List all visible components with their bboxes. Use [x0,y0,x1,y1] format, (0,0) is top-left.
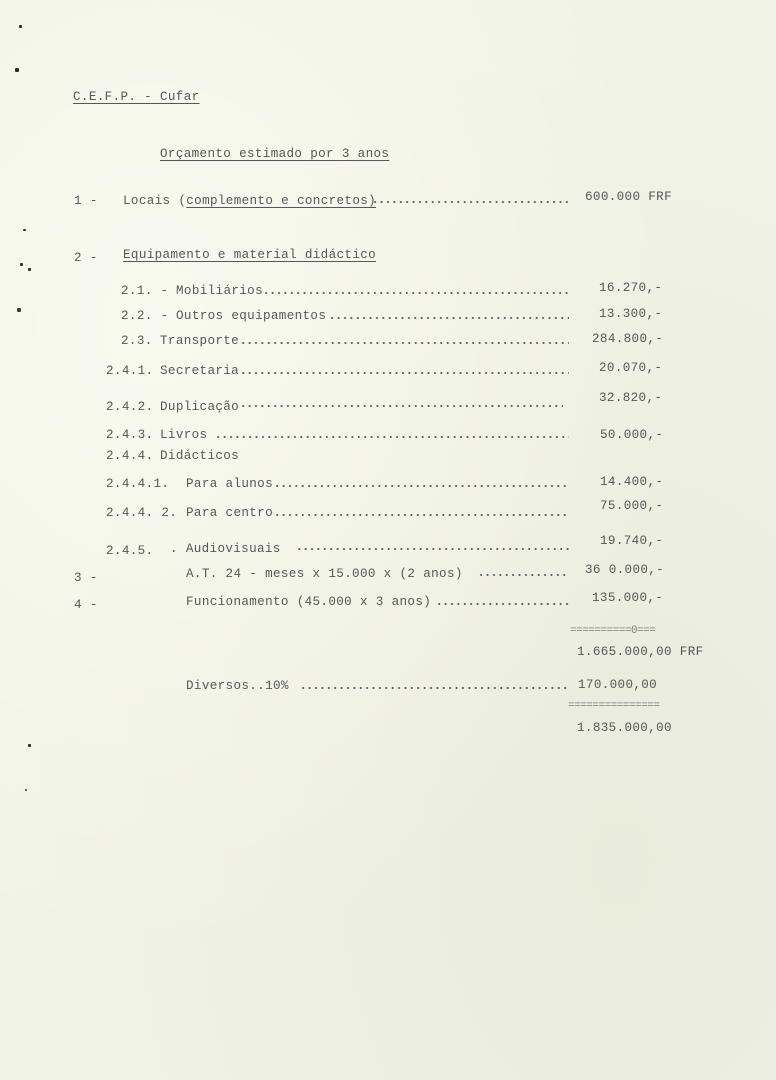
separator-line: =============== [568,701,660,711]
item-label: Funcionamento (45.000 x 3 anos) [186,594,431,610]
dot-leader [329,317,569,319]
document-page: C.E.F.P. - Cufar Orçamento estimado por … [0,0,776,1080]
item-number: 2.4.1. [106,363,153,379]
item-amount: 20.070,- [599,360,662,376]
item-amount: 600.000 FRF [585,189,672,205]
item-number: 2.4.4.1. [106,476,169,492]
dot-leader [240,372,569,374]
item-amount: 13.300,- [599,306,662,322]
item-number: 2.2. - [121,308,168,324]
dot-leader [274,485,569,487]
item-number: 2.4.2. [106,399,153,415]
item-number: 2.4.4. [106,448,153,464]
item-label: Mobiliários [176,283,263,299]
subtotal-amount: 1.665.000,00 FRF [577,644,704,660]
item-amount: 36 0.000,- [585,562,664,578]
margin-speck [19,25,22,28]
item-amount: 135.000,- [592,590,663,606]
item-number: 1 - [74,193,98,209]
item-amount: 16.270,- [599,280,662,296]
item-amount: 32.820,- [599,390,662,406]
margin-speck [28,268,31,271]
misc-amount: 170.000,00 [578,677,657,693]
dot-leader [215,436,569,438]
dot-leader [274,514,569,516]
dot-leader [240,342,569,344]
item-amount: 14.400,- [600,474,663,490]
item-label: Didácticos [160,448,239,464]
margin-speck [17,308,21,312]
dot-leader [240,405,563,407]
item-label: Outros equipamentos [176,308,326,324]
dot-leader [436,603,569,605]
item-number: 3 - [74,570,98,586]
item-label: A.T. 24 - meses x 15.000 x (2 anos) [186,566,463,582]
item-amount: 19.740,- [600,533,663,549]
item-label: Secretaria [160,363,239,379]
margin-speck [28,744,31,747]
item-label: Para centro [186,505,273,521]
margin-speck [15,68,19,72]
item-number: 2.4.5. [106,543,153,559]
item-amount: 50.000,- [600,427,663,443]
document-header: C.E.F.P. - Cufar [73,89,200,105]
section-heading: Equipamento e material didáctico [123,247,376,263]
dot-leader [300,687,569,689]
margin-speck [20,263,23,266]
item-number: 2.1. - [121,283,168,299]
item-amount: 75.000,- [600,498,663,514]
misc-label: Diversos..10% [186,678,289,694]
item-amount: 284.800,- [592,331,663,347]
document-title: Orçamento estimado por 3 anos [160,146,389,162]
separator-line: ==========0=== [570,626,655,636]
margin-speck [23,229,26,231]
item-number: 2.4.4. 2. [106,505,177,521]
dot-leader [372,201,570,203]
total-amount: 1.835.000,00 [577,720,672,736]
item-number: 2.3. [121,333,153,349]
item-label: Transporte [160,333,239,349]
item-label-underlined: complemento e concretos) [186,194,376,208]
item-label: Duplicação [160,399,239,415]
item-label: Livros [160,427,207,443]
dot-leader [296,548,569,550]
item-number: 4 - [74,597,98,613]
item-label: Locais (complemento e concretos) [123,193,376,209]
item-number: 2 - [74,250,98,266]
dot-leader [478,574,569,576]
margin-speck [25,789,27,791]
dot-leader [263,292,569,294]
item-label: . Audiovisuais [170,541,281,557]
item-number: 2.4.3. [106,427,153,443]
item-label: Para alunos [186,476,273,492]
